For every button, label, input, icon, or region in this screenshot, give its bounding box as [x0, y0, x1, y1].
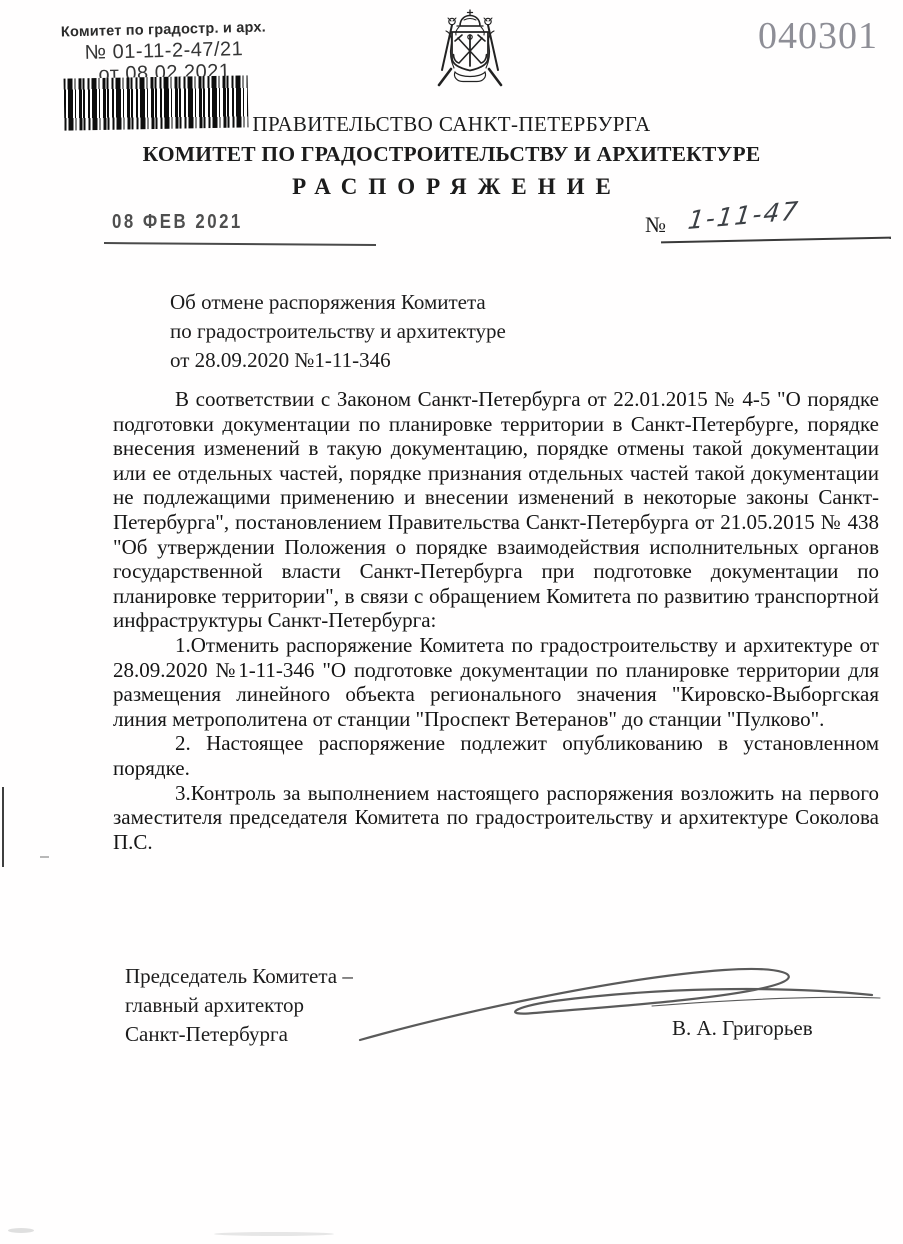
subject-line: от 28.09.2020 №1-11-346 [170, 346, 506, 375]
signer-position-line: главный архитектор [125, 991, 353, 1020]
body-paragraph-item-3: 3.Контроль за выполнением настоящего рас… [113, 781, 879, 855]
document-page: Комитет по градостр. и арх. № 01-11-2-47… [0, 0, 903, 1244]
spb-coat-of-arms-icon [420, 8, 520, 96]
handwritten-number: 1-11-47 [686, 196, 801, 235]
scan-speck [8, 1228, 34, 1233]
scan-edge-artifact [2, 787, 4, 867]
number-label: № [645, 212, 666, 238]
scan-page-number: 040301 [758, 14, 898, 58]
signer-position-block: Председатель Комитета – главный архитект… [125, 962, 353, 1049]
subject-line: Об отмене распоряжения Комитета [170, 288, 506, 317]
signer-name: В. А. Григорьев [672, 1016, 813, 1041]
body-paragraph-item-2: 2. Настоящее распоряжение подлежит опубл… [113, 731, 879, 780]
number-underline [661, 237, 891, 244]
subject-line: по градостроительству и архитектуре [170, 317, 506, 346]
document-body: В соответствии с Законом Санкт-Петербург… [113, 387, 879, 854]
subject-block: Об отмене распоряжения Комитета по градо… [170, 288, 506, 375]
signer-position-line: Председатель Комитета – [125, 962, 353, 991]
date-stamp: 08 ФЕВ 2021 [112, 211, 243, 234]
body-paragraph-preamble: В соответствии с Законом Санкт-Петербург… [113, 387, 879, 633]
date-underline [104, 242, 376, 246]
scan-speck [214, 1232, 334, 1236]
body-paragraph-item-1: 1.Отменить распоряжение Комитета по град… [113, 633, 879, 731]
signer-position-line: Санкт-Петербурга [125, 1020, 353, 1049]
document-type-title: РАСПОРЯЖЕНИЕ [0, 174, 903, 200]
committee-header: КОМИТЕТ ПО ГРАДОСТРОИТЕЛЬСТВУ И АРХИТЕКТ… [0, 142, 903, 167]
government-header: ПРАВИТЕЛЬСТВО САНКТ-ПЕТЕРБУРГА [0, 112, 903, 137]
scan-speck [40, 856, 49, 858]
